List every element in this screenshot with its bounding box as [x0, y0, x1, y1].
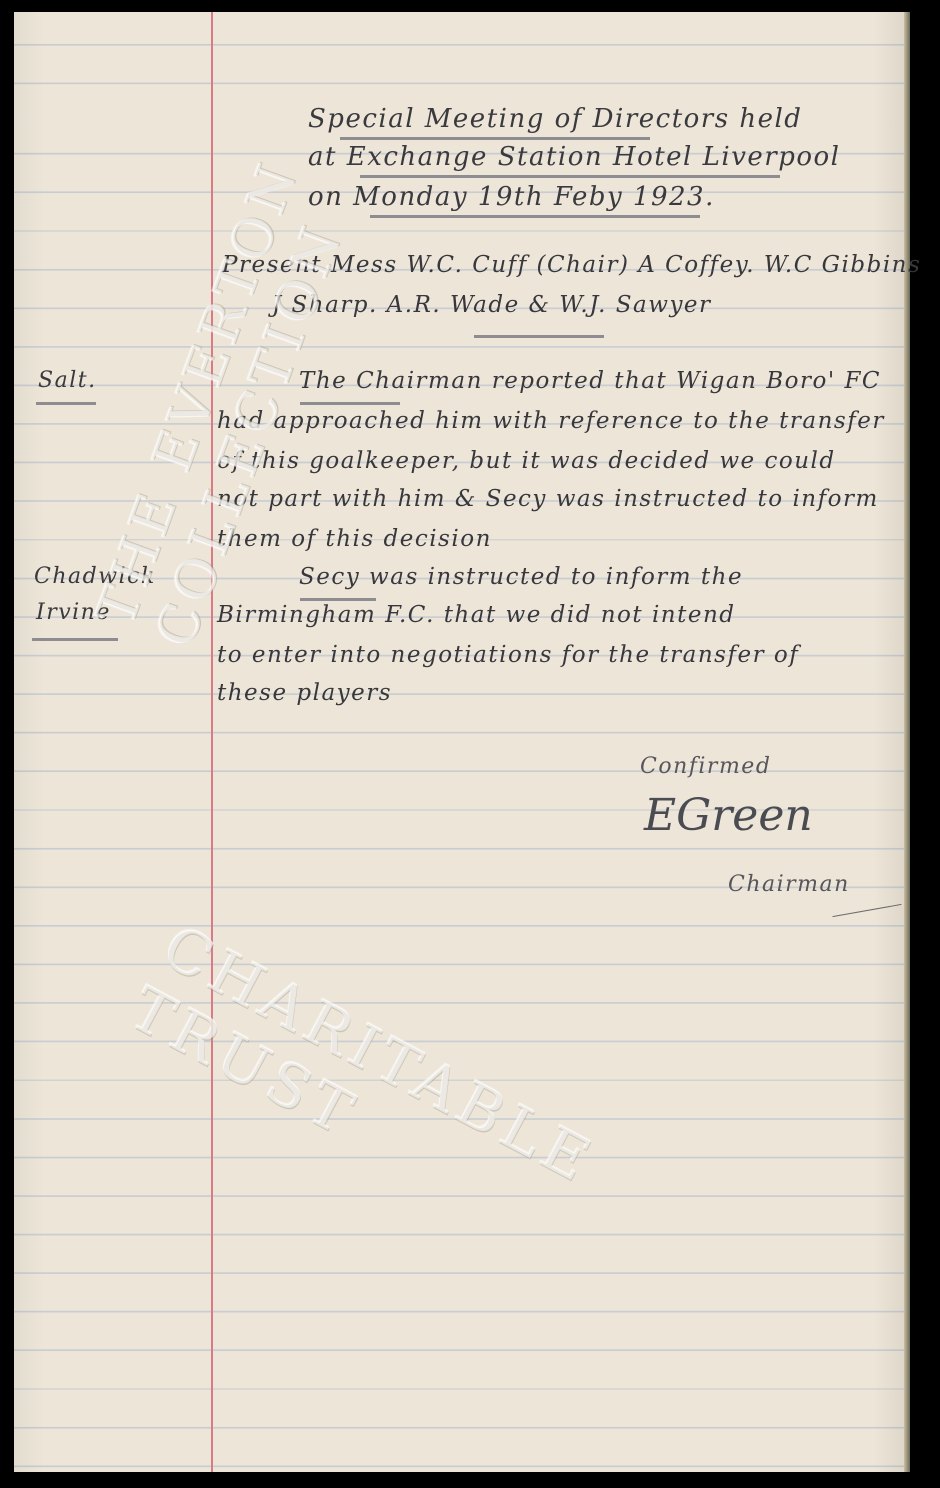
chairman-signature: EGreen — [644, 790, 813, 841]
margin-note-irvine: Irvine — [36, 600, 111, 625]
item1-line-5: them of this decision — [217, 526, 492, 552]
item2-line-2: Birmingham F.C. that we did not intend — [217, 602, 736, 628]
heading-underline-3 — [370, 215, 700, 218]
margin-note-salt-underline — [36, 402, 96, 405]
heading-line-1: Special Meeting of Directors held — [308, 104, 802, 134]
margin-note-irvine-underline — [32, 638, 118, 641]
chairman-title: Chairman — [728, 872, 850, 897]
red-margin-rule — [211, 12, 213, 1472]
item1-line-2: had approached him with reference to the… — [217, 408, 885, 434]
heading-line-2: at Exchange Station Hotel Liverpool — [308, 142, 840, 172]
present-line-1: Present Mess W.C. Cuff (Chair) A Coffey.… — [222, 252, 921, 278]
heading-line-3: on Monday 19th Feby 1923. — [308, 182, 715, 212]
page-edge — [904, 12, 910, 1472]
watermark-line-1: THE EVERTON COLLECTION — [84, 0, 485, 655]
item2-line-4: these players — [217, 680, 392, 706]
present-underline — [474, 335, 604, 338]
margin-note-salt: Salt. — [38, 368, 97, 393]
item2-line-1: Secy was instructed to inform the — [299, 564, 743, 590]
present-line-2: J Sharp. A.R. Wade & W.J. Sawyer — [272, 292, 712, 318]
item2-line-3: to enter into negotiations for the trans… — [217, 642, 799, 668]
item1-line-3: of this goalkeeper, but it was decided w… — [217, 448, 836, 474]
item1-line-4: not part with him & Secy was instructed … — [217, 486, 879, 512]
margin-note-chadwick: Chadwick — [34, 564, 156, 589]
signature-flourish — [832, 904, 901, 917]
watermark-line-2: CHARITABLE TRUST — [118, 912, 825, 1376]
item1-line-1: The Chairman reported that Wigan Boro' F… — [299, 368, 881, 394]
minute-book-page: Special Meeting of Directors held at Exc… — [14, 12, 910, 1472]
confirmed-label: Confirmed — [640, 754, 771, 779]
item2-underline — [300, 598, 376, 601]
item1-underline — [300, 402, 400, 405]
heading-underline-1 — [340, 137, 650, 140]
heading-underline-2 — [360, 175, 780, 178]
